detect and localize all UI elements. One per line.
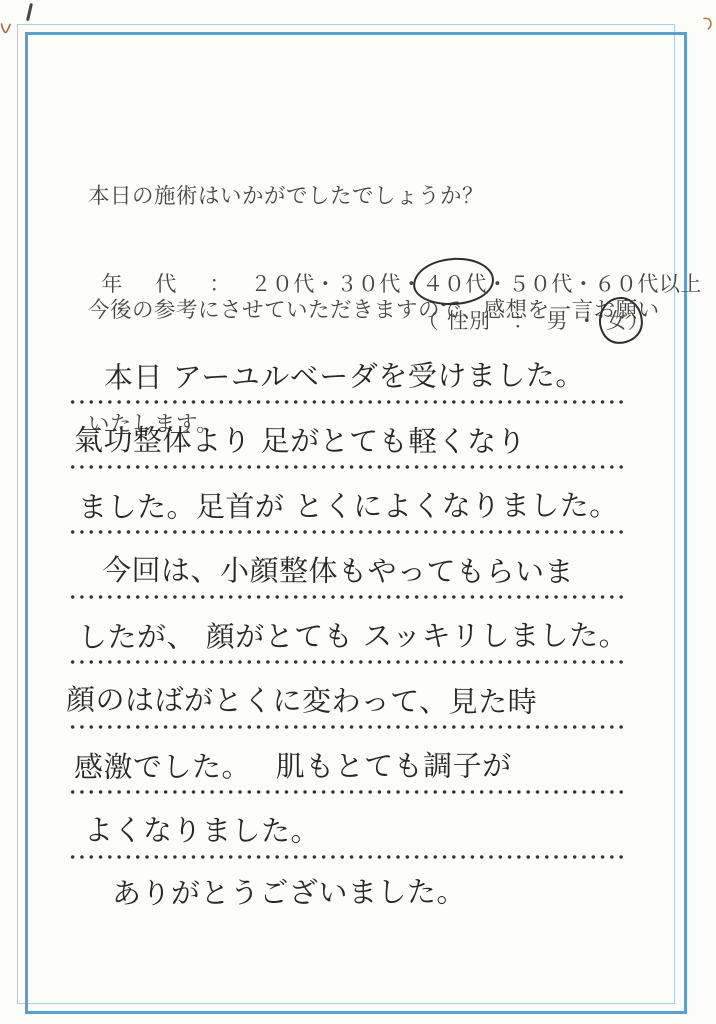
gender-open-paren: （ — [417, 309, 447, 333]
handwritten-line-7: 感激でした。 肌もとても調子が — [28, 741, 704, 791]
handwritten-line-4: 今回は、小顔整体もやってもらいま — [28, 546, 716, 596]
gender-close-paren: ） — [628, 309, 650, 333]
age-label: 年 代 ： — [101, 272, 236, 296]
handwritten-line-9: ありがとうございました。 — [28, 866, 716, 918]
handwritten-line-2: 氣功整体より 足がとても軽くなり — [28, 416, 704, 466]
pen-tick-mark — [26, 3, 32, 21]
scan-smudge-left — [0, 21, 12, 35]
handwritten-line-5: したが、 顔がとても スッキリしました。 — [28, 611, 708, 661]
intro-line-1: 本日の施術はいかがでしたでしょうか？ — [88, 178, 660, 216]
gender-label: 性別 ： — [447, 309, 547, 333]
handwritten-line-3: ました。足首が とくによくなりました。 — [28, 481, 708, 531]
age-option-20s: ２０代 — [250, 272, 315, 296]
gender-option-male: 男 — [547, 309, 569, 333]
handwritten-line-6: 顔のはばがとくに変わって、見た時 — [28, 675, 696, 726]
gender-separator: ・ — [569, 309, 606, 333]
scan-smudge-right — [701, 16, 715, 32]
gender-row: （ 性別 ： 男 ・ 女） — [402, 281, 650, 335]
handwritten-line-8: よくなりました。 — [28, 806, 714, 856]
age-separator: ・ — [315, 272, 337, 296]
gender-option-female-selected: 女 — [606, 305, 628, 335]
age-option-30s: ３０代 — [336, 272, 401, 296]
handwritten-line-1: 本日 アーユルベーダを受けました。 — [28, 350, 716, 402]
